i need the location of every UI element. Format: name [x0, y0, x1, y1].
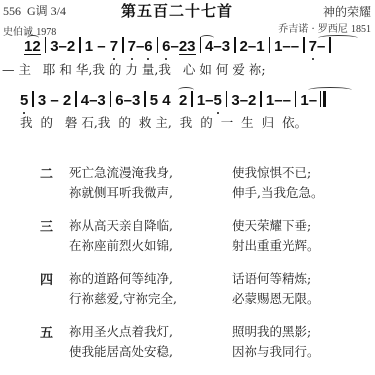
verse-number: 三 [40, 216, 53, 235]
verse-line: 话语何等精炼; [232, 269, 311, 287]
lyric-syllable: — [2, 62, 15, 77]
note: 4 [162, 92, 170, 109]
barline [110, 91, 112, 107]
verse-line: 使天荣耀下垂; [232, 216, 311, 234]
lyric-syllable: 耶 [43, 62, 56, 77]
note: 1 [300, 92, 308, 109]
barline [191, 91, 193, 107]
verse-line: 使我能居高处安稳, [69, 342, 173, 360]
slur-mark [178, 87, 194, 93]
dash: – [205, 92, 213, 109]
barline [295, 91, 297, 107]
dash: – [136, 38, 144, 55]
note: 2 [67, 38, 75, 55]
lyrics-line-2: 我 的 磐 石,我 的 救 主, 我 的 一 生 归 依。 [20, 113, 307, 131]
dash: – [291, 38, 299, 55]
note: 3 [38, 92, 46, 109]
lyric-syllable: 祢; [249, 62, 266, 77]
composer-credit: 乔吉诺 · 罗西尼 1851 [278, 20, 371, 35]
note: 2 [179, 92, 187, 109]
lyric-syllable: 如 [199, 62, 212, 77]
dash: – [309, 92, 317, 109]
lyric-syllable: 磐 [65, 115, 78, 130]
score-line-2: 53 – 24–36–35 4 21–53–21––1– [20, 91, 326, 111]
note: 1 [266, 92, 274, 109]
lyrics-line-1: — 主 耶 和 华,我 的 力 量,我 心 如 何 爱 祢; [2, 60, 266, 78]
note: 7 [309, 38, 317, 55]
lyric-syllable: 归 [262, 115, 275, 130]
note: 3 [132, 92, 140, 109]
barline [269, 37, 271, 53]
verse-line: 行祢慈爱,守祢完全, [69, 289, 177, 307]
dash: – [170, 38, 178, 55]
score-line-1: 123–21 – 77–66–234–32–11––7– [24, 37, 335, 55]
dash: – [59, 38, 67, 55]
lyric-syllable: 的 [109, 62, 122, 77]
note: 7 [110, 38, 118, 55]
barline [75, 91, 77, 107]
note: 1 [85, 38, 93, 55]
note: 1 [256, 38, 264, 55]
lyric-syllable: 我 [98, 115, 111, 130]
verse-line: 祢就侧耳听我微声, [69, 183, 173, 201]
note: 3 [231, 92, 239, 109]
slur-mark [27, 35, 39, 41]
lyric-syllable: 依。 [282, 115, 307, 130]
note: 6 [115, 92, 123, 109]
note: 4 [81, 92, 89, 109]
hymn-number: 556 [3, 4, 21, 18]
dash: – [274, 92, 282, 109]
note: 1 [197, 92, 205, 109]
note: 5 [150, 92, 158, 109]
composer-name: 乔吉诺 · 罗西尼 [278, 24, 348, 35]
dash: – [89, 92, 97, 109]
barline [226, 91, 228, 107]
barline [79, 37, 81, 53]
barline [234, 37, 236, 53]
hymn-category: 神的荣耀 [323, 3, 371, 20]
dash: – [240, 92, 248, 109]
slur-mark [200, 35, 214, 41]
verse-line: 使我惊惧不已; [232, 163, 311, 181]
lyric-syllable: 量, [142, 62, 158, 77]
verse-line: 射出重重光辉。 [232, 236, 320, 254]
verse-line: 必蒙赐恩无限。 [232, 289, 320, 307]
lyric-syllable: 生 [241, 115, 254, 130]
lyric-syllable: 的 [200, 115, 213, 130]
lyric-syllable: 一 [221, 115, 234, 130]
note: 2 [240, 38, 248, 55]
hymn-number-key: 556 G调 3/4 [3, 2, 66, 19]
note: 3 [222, 38, 230, 55]
dash: – [283, 92, 291, 109]
barline [157, 37, 159, 53]
dash: – [248, 38, 256, 55]
note: 6 [144, 38, 152, 55]
final-barline [320, 91, 326, 111]
note: 6 [162, 38, 170, 55]
dash: – [97, 38, 105, 55]
lyric-syllable: 的 [118, 115, 131, 130]
lyric-syllable: 的 [40, 115, 53, 130]
note: 2 [179, 39, 187, 55]
dash: – [282, 38, 290, 55]
dash: – [50, 92, 58, 109]
verse-line: 祢从高天亲自降临, [69, 216, 173, 234]
lyric-syllable: 爱 [232, 62, 245, 77]
note: 7 [128, 38, 136, 55]
lyric-syllable: 我 [158, 62, 171, 77]
lyric-syllable: 何 [216, 62, 229, 77]
key-time-signature: G调 3/4 [27, 4, 66, 18]
lyric-syllable: 我 [180, 115, 193, 130]
lyric-syllable: 心 [183, 62, 196, 77]
lyric-syllable: 力 [125, 62, 138, 77]
dash: – [213, 38, 221, 55]
lyric-syllable: 石, [81, 115, 97, 130]
lyric-syllable: 我 [92, 62, 105, 77]
barline [303, 37, 305, 53]
lyric-syllable: 我 [20, 115, 33, 130]
verse-line: 伸手,当我危急。 [232, 183, 323, 201]
note: 2 [248, 92, 256, 109]
barline [144, 91, 146, 107]
barline [32, 91, 34, 107]
barline [260, 91, 262, 107]
dash: – [124, 92, 132, 109]
tie-mark [318, 35, 358, 41]
verse-line: 死亡急流漫淹我身, [69, 163, 173, 181]
note: 1 [274, 38, 282, 55]
verse-number: 五 [40, 322, 53, 341]
verse-line: 祢的道路何等纯净, [69, 269, 173, 287]
lyric-syllable: 救 [139, 115, 152, 130]
hymn-title: 第五百二十七首 [121, 0, 233, 21]
verse-number: 二 [40, 163, 53, 182]
note: 3 [50, 38, 58, 55]
note: 3 [187, 39, 195, 55]
composer-year: 1851 [351, 24, 371, 35]
note: 5 [214, 92, 222, 109]
barline [45, 37, 47, 53]
tie-mark [308, 87, 352, 93]
verse-number: 四 [40, 269, 53, 288]
lyric-syllable: 华, [76, 62, 92, 77]
verse-line: 在祢座前烈火如锦, [69, 236, 173, 254]
lyric-syllable: 主 [18, 62, 31, 77]
verse-line: 照明我的黑影; [232, 322, 311, 340]
barline [122, 37, 124, 53]
note: 3 [97, 92, 105, 109]
note: 2 [32, 39, 40, 55]
note: 1 [24, 39, 32, 55]
note: 5 [20, 92, 28, 109]
lyric-syllable: 和 [59, 62, 72, 77]
verse-line: 因祢与我同行。 [232, 342, 320, 360]
lyric-syllable: 主, [155, 115, 171, 130]
verse-line: 祢用圣火点着我灯, [69, 322, 173, 340]
note: 2 [63, 92, 71, 109]
